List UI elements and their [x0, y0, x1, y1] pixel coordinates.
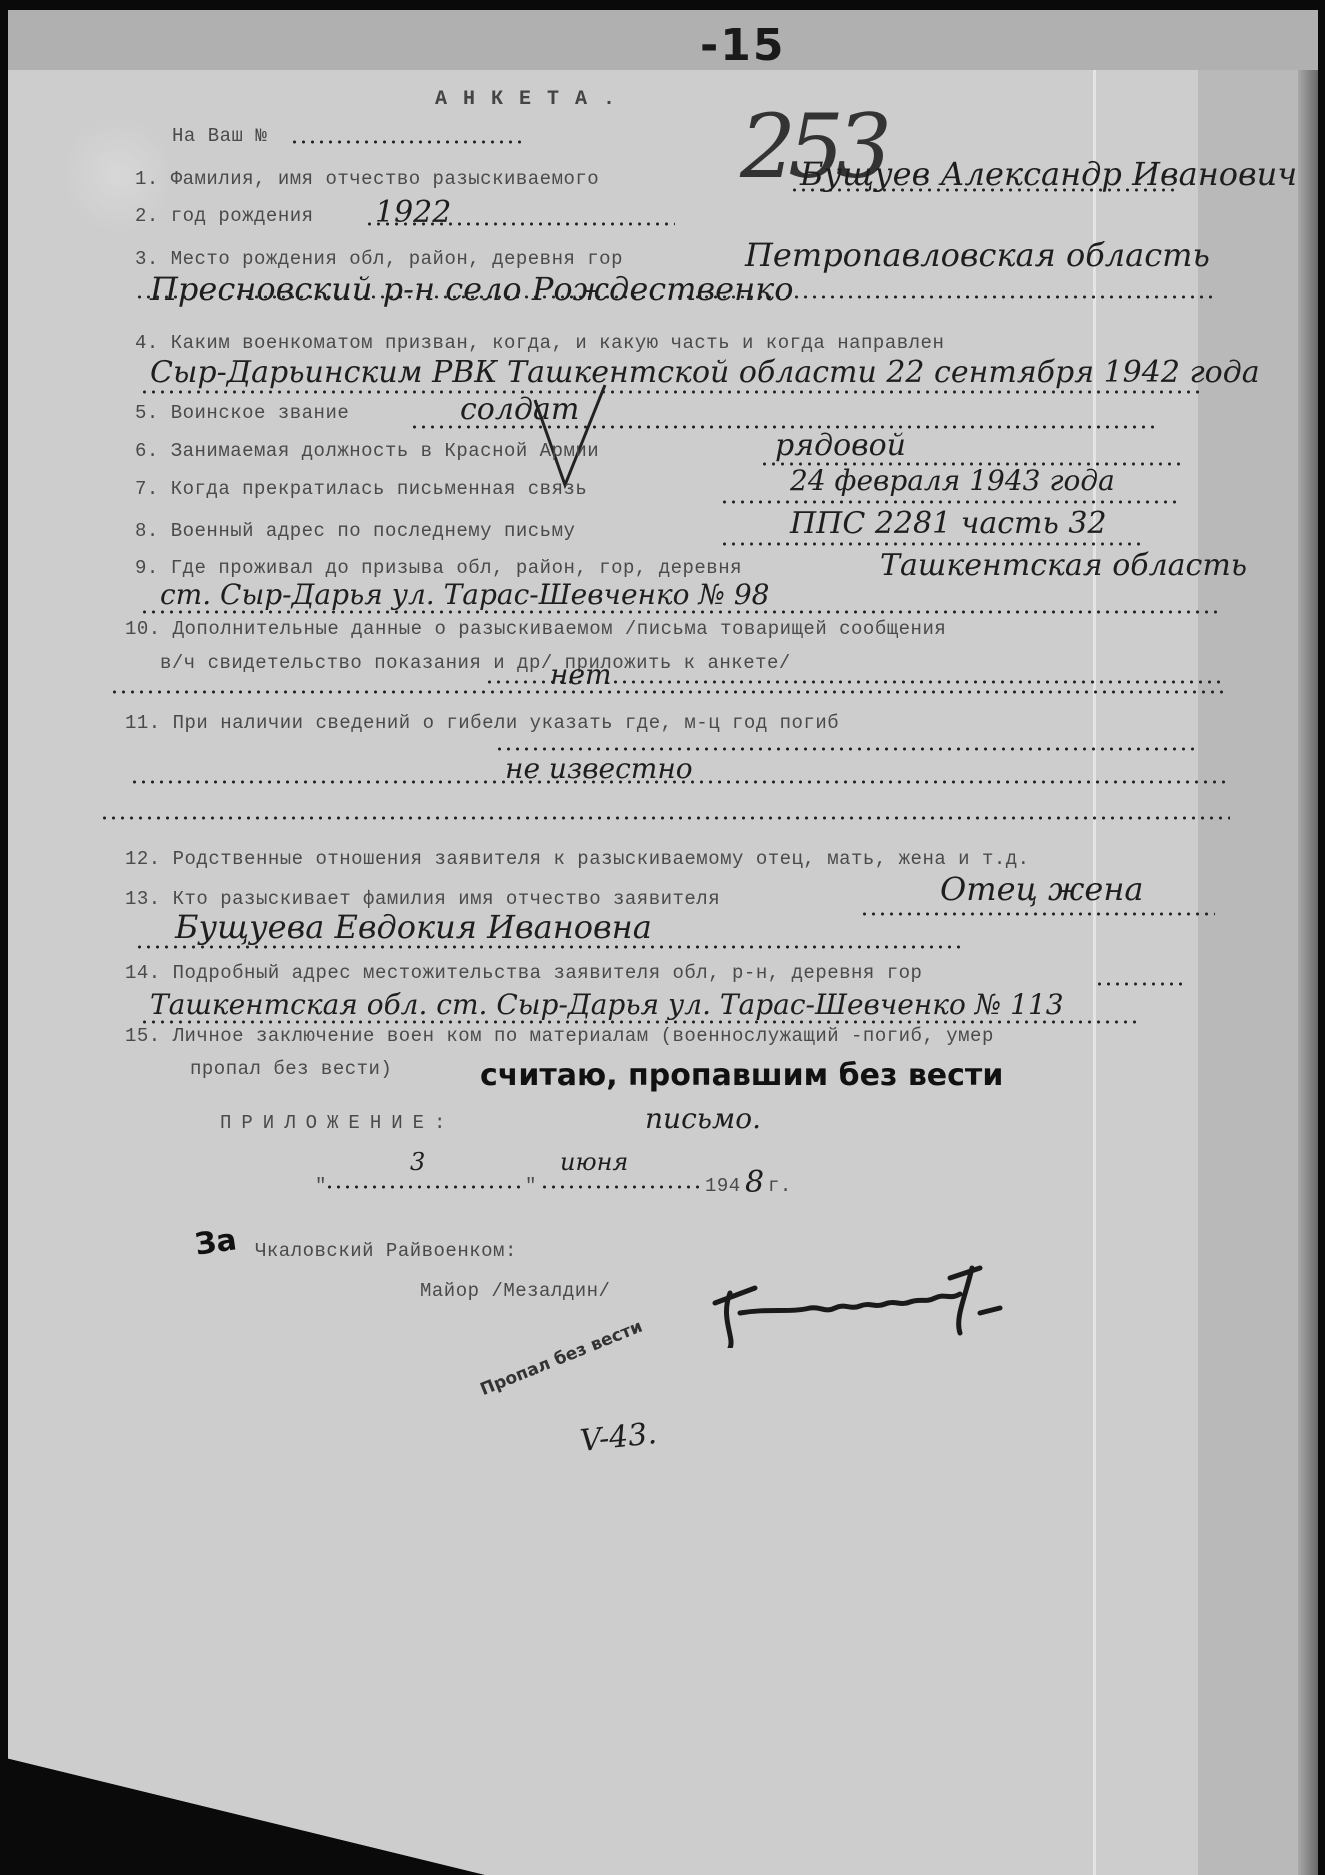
item-10-label: 10. Дополнительные данные о разыскиваемо…	[125, 618, 946, 640]
top-margin-strip	[8, 10, 1318, 70]
item-13-value-line2: Бущуева Евдокия Ивановна	[175, 908, 652, 946]
item-10-dots-2	[110, 690, 1225, 694]
item-14-value: Ташкентская обл. ст. Сыр-Дарья ул. Тарас…	[150, 988, 1064, 1021]
signatory-prefix: За	[193, 1222, 239, 1262]
signatory-rank-name: Майор /Мезалдин/	[420, 1280, 610, 1302]
item-1-value: Бущуев Александр Иванович	[800, 155, 1297, 193]
item-3-value: Петропавловская область	[745, 236, 1210, 274]
checkmark-icon	[530, 380, 610, 490]
item-13-dots	[860, 912, 1215, 916]
item-13-label: 13. Кто разыскивает фамилия имя отчество…	[125, 888, 720, 910]
item-3-value-line2: Пресновский р-н село Рождественко	[150, 270, 794, 308]
item-10-value: нет	[550, 658, 612, 691]
date-suffix: г.	[768, 1175, 792, 1197]
ref-label: На Ваш №	[172, 125, 267, 147]
item-8-value: ППС 2281 часть 32	[790, 506, 1107, 541]
date-year-typed: 194	[705, 1175, 741, 1197]
item-5-label: 5. Воинское звание	[135, 402, 349, 424]
item-7-dots	[720, 500, 1180, 504]
page-edge-shadow	[1298, 70, 1318, 1875]
item-7-label: 7. Когда прекратилась письменная связь	[135, 478, 587, 500]
item-12-label: 12. Родственные отношения заявителя к ра…	[125, 848, 1030, 870]
date-month: июня	[560, 1148, 628, 1176]
form-title: АНКЕТА.	[435, 88, 631, 111]
attachments-value: письмо.	[645, 1102, 761, 1135]
item-10-label-line2: в/ч свидетельство показания и др/ прилож…	[160, 652, 791, 674]
item-11-label: 11. При наличии сведений о гибели указат…	[125, 712, 839, 734]
item-15-label-line2: пропал без вести)	[190, 1058, 392, 1080]
page-number: -15	[700, 20, 786, 71]
item-13-value: Отец жена	[940, 870, 1143, 908]
item-6-value: рядовой	[775, 428, 906, 463]
date-day: 3	[410, 1148, 425, 1176]
signature-icon	[710, 1258, 1010, 1348]
item-14-label: 14. Подробный адрес местожительства заяв…	[125, 962, 922, 984]
date-close-quote: "	[525, 1175, 537, 1197]
item-6-label: 6. Занимаемая должность в Красной Армии	[135, 440, 599, 462]
item-11-value: не известно	[505, 752, 693, 785]
item-14-dots	[1095, 982, 1185, 986]
item-8-dots	[720, 542, 1140, 546]
date-day-dots	[325, 1185, 525, 1189]
item-2-label: 2. год рождения	[135, 205, 314, 227]
ref-dots	[290, 140, 525, 144]
item-4-value: Сыр-Дарьинским РВК Ташкентской области 2…	[150, 355, 1260, 390]
attachments-label: ПРИЛОЖЕНИЕ:	[220, 1112, 455, 1134]
item-1-label: 1. Фамилия, имя отчество разыскиваемого	[135, 168, 599, 190]
item-9-value: Ташкентская область	[880, 548, 1247, 583]
item-8-label: 8. Военный адрес по последнему письму	[135, 520, 575, 542]
date-month-dots	[540, 1185, 705, 1189]
fold-line	[1093, 70, 1096, 1875]
item-4-dots	[140, 390, 1200, 394]
item-2-value: 1922	[375, 195, 451, 230]
item-9-label: 9. Где проживал до призыва обл, район, г…	[135, 557, 742, 579]
signatory-title: Чкаловский Райвоенком:	[255, 1240, 517, 1262]
item-15-value: считаю, пропавшим без вести	[480, 1058, 1003, 1093]
item-9-value-line2: ст. Сыр-Дарья ул. Тарас-Шевченко № 98	[160, 578, 769, 611]
item-11-dots-3	[100, 816, 1230, 820]
item-11-dots	[495, 747, 1195, 751]
item-15-label: 15. Личное заключение воен ком по матери…	[125, 1025, 994, 1047]
item-4-label: 4. Каким военкоматом призван, когда, и к…	[135, 332, 944, 354]
item-7-value: 24 февраля 1943 года	[790, 464, 1115, 497]
item-3-label: 3. Место рождения обл, район, деревня го…	[135, 248, 623, 270]
date-year-hand: 8	[745, 1165, 764, 1200]
